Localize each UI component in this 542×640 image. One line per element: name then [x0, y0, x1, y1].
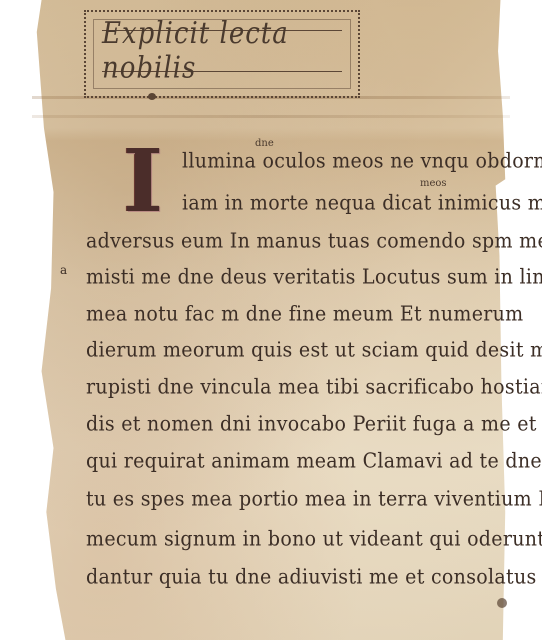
- text-line: qui requirat animam meam Clamavi ad te d…: [86, 449, 542, 473]
- text-line: iam in morte nequa dicat inimicus meus p…: [182, 191, 542, 215]
- ink-blot: [148, 93, 156, 100]
- text-line: rupisti dne vincula mea tibi sacrificabo…: [86, 375, 542, 399]
- title-band: Explicit lecta nobilis: [102, 30, 342, 72]
- interlinear-gloss: dne: [255, 138, 274, 149]
- text-line: adversus eum In manus tuas comendo spm m…: [86, 229, 542, 253]
- text-line: dierum meorum quis est ut sciam quid des…: [86, 338, 542, 362]
- decorated-initial: I: [104, 140, 182, 224]
- fold-crease: [32, 115, 510, 118]
- text-line: tu es spes mea portio mea in terra viven…: [86, 487, 542, 511]
- explicit-title: Explicit lecta nobilis: [102, 17, 342, 86]
- text-line: misti me dne deus veritatis Locutus sum …: [86, 265, 542, 289]
- text-line: dantur quia tu dne adiuvisti me et conso…: [86, 565, 542, 589]
- text-line: mecum signum in bono ut videant qui oder…: [86, 527, 542, 551]
- text-line: mea notu fac m dne fine meum Et numerum: [86, 302, 524, 326]
- decorated-title-frame: Explicit lecta nobilis: [84, 10, 360, 98]
- text-line: dis et nomen dni invocabo Periit fuga a …: [86, 412, 542, 436]
- text-line: llumina oculos meos ne vnqu obdorm: [182, 149, 542, 173]
- interlinear-gloss: meos: [420, 178, 447, 189]
- ink-blot: [497, 598, 507, 608]
- margin-mark: a: [60, 263, 67, 277]
